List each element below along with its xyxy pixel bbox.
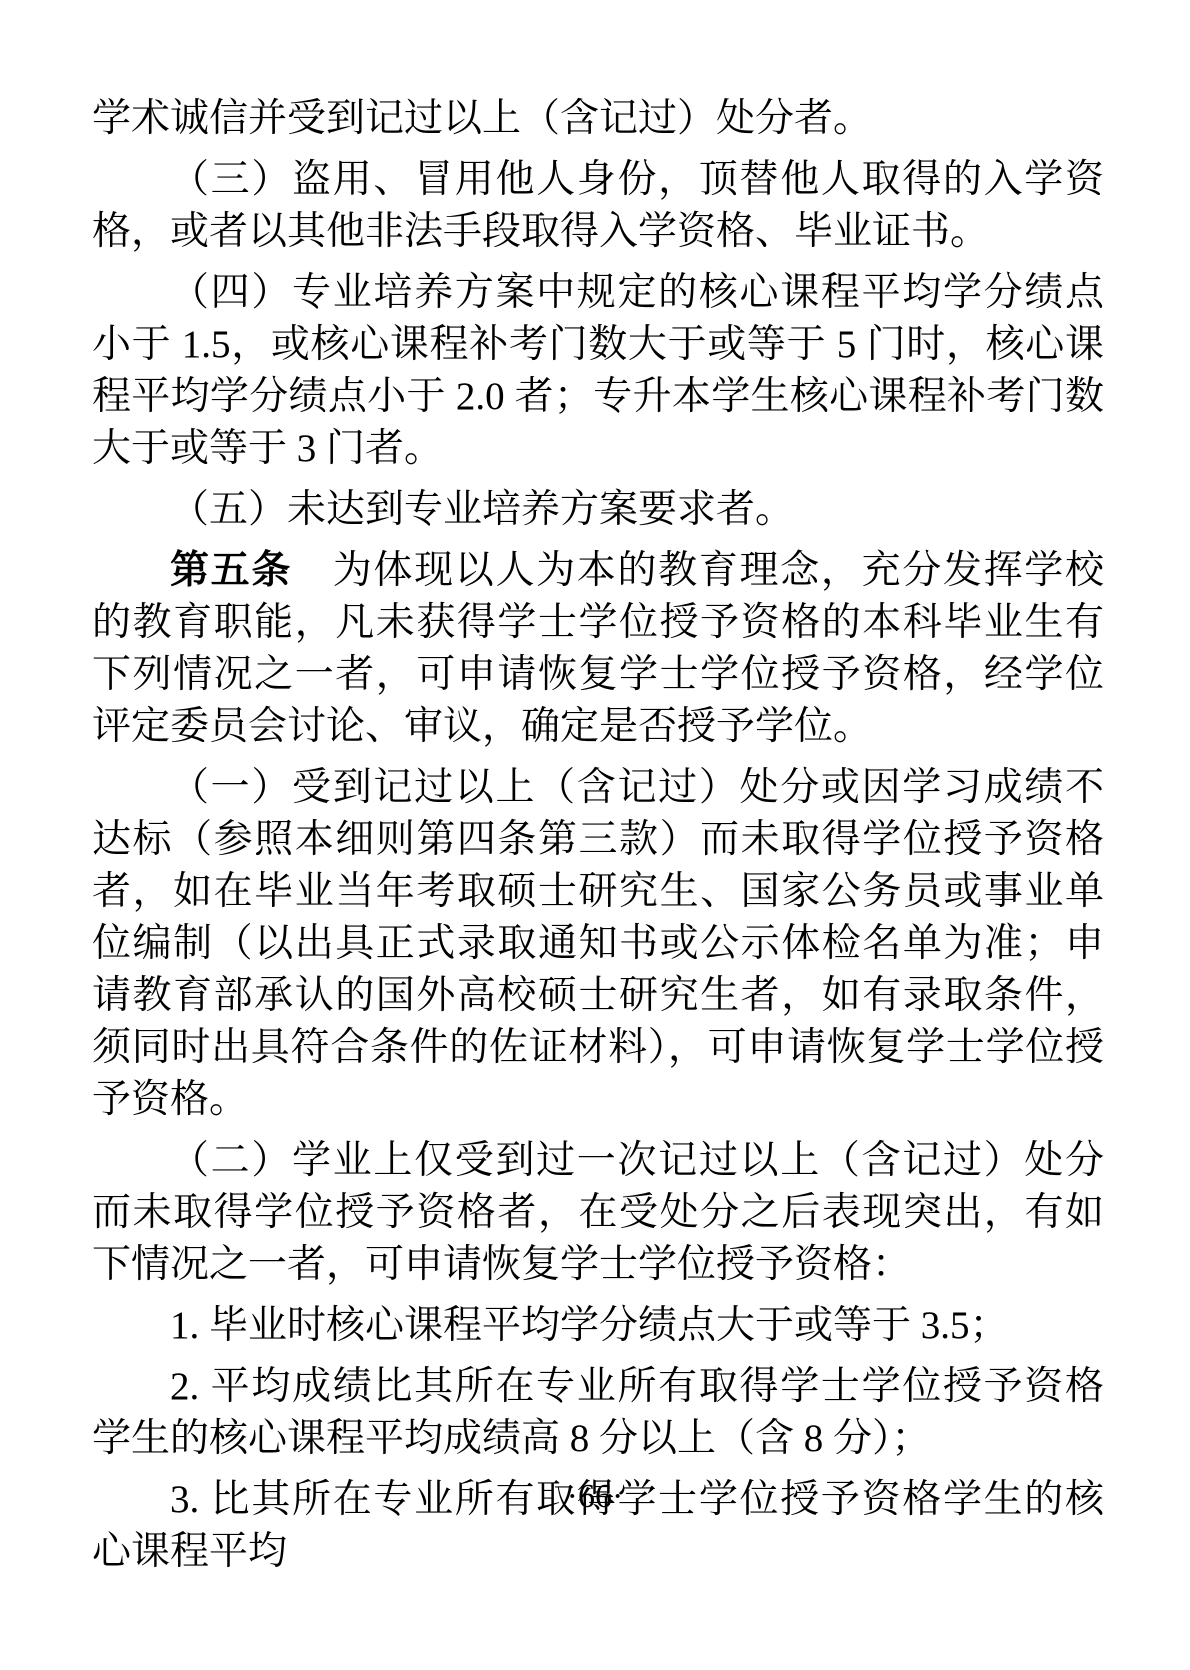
paragraph: 第五条 为体现以人为本的教育理念，充分发挥学校的教育职能，凡未获得学士学位授予资… bbox=[92, 545, 1104, 753]
paragraph-text: （四）专业培养方案中规定的核心课程平均学分绩点小于 1.5，或核心课程补考门数大… bbox=[92, 271, 1104, 470]
paragraph: （三）盗用、冒用他人身份，顶替他人取得的入学资格，或者以其他非法手段取得入学资格… bbox=[92, 154, 1104, 258]
paragraph-text: （二）学业上仅受到过一次记过以上（含记过）处分而未取得学位授予资格者，在受处分之… bbox=[92, 1139, 1104, 1286]
page-number: ·66· bbox=[0, 1478, 1190, 1516]
paragraph: （四）专业培养方案中规定的核心课程平均学分绩点小于 1.5，或核心课程补考门数大… bbox=[92, 267, 1104, 475]
paragraph: （一）受到记过以上（含记过）处分或因学习成绩不达标（参照本细则第四条第三款）而未… bbox=[92, 762, 1104, 1126]
paragraph: （二）学业上仅受到过一次记过以上（含记过）处分而未取得学位授予资格者，在受处分之… bbox=[92, 1135, 1104, 1291]
paragraph: 1. 毕业时核心课程平均学分绩点大于或等于 3.5； bbox=[92, 1300, 1104, 1352]
paragraph-text: 1. 毕业时核心课程平均学分绩点大于或等于 3.5； bbox=[170, 1304, 1009, 1347]
paragraph-text: （一）受到记过以上（含记过）处分或因学习成绩不达标（参照本细则第四条第三款）而未… bbox=[92, 766, 1104, 1121]
paragraph: （五）未达到专业培养方案要求者。 bbox=[92, 484, 1104, 536]
paragraph-text: 2. 平均成绩比其所在专业所有取得学士学位授予资格学生的核心课程平均成绩高 8 … bbox=[92, 1365, 1104, 1460]
paragraph-text: （三）盗用、冒用他人身份，顶替他人取得的入学资格，或者以其他非法手段取得入学资格… bbox=[92, 158, 1104, 253]
paragraph: 学术诚信并受到记过以上（含记过）处分者。 bbox=[92, 93, 1104, 145]
article-number-heading: 第五条 bbox=[170, 549, 292, 592]
paragraph-text: （五）未达到专业培养方案要求者。 bbox=[170, 488, 794, 531]
document-page: 学术诚信并受到记过以上（含记过）处分者。 （三）盗用、冒用他人身份，顶替他人取得… bbox=[0, 0, 1190, 1670]
paragraph: 2. 平均成绩比其所在专业所有取得学士学位授予资格学生的核心课程平均成绩高 8 … bbox=[92, 1361, 1104, 1465]
paragraph-text: 学术诚信并受到记过以上（含记过）处分者。 bbox=[92, 97, 872, 140]
